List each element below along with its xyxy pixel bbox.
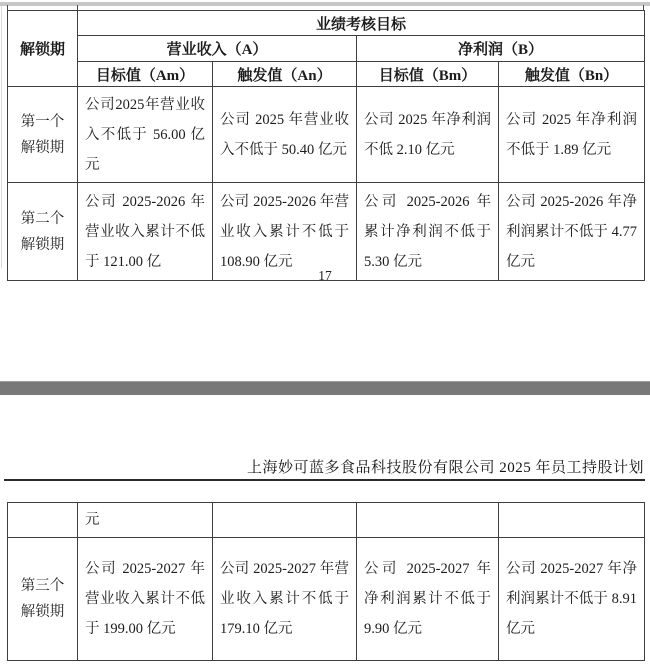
table-row: 第二个解锁期 公司 2025-2026 年营业收入累计不低于 121.00 亿 … [8, 183, 645, 281]
header-revenue-group: 营业收入（A） [78, 36, 357, 62]
page-separator-bar [0, 381, 650, 395]
scan-left-edge-line [1, 6, 2, 268]
document-header-title: 上海妙可蓝多食品科技股份有限公司 2025 年员工持股计划 [0, 456, 644, 477]
carryover-empty-cell [499, 503, 645, 538]
period-3-profit-trigger: 公司 2025-2027 年净利润累计不低于 8.91 亿元 [499, 538, 645, 661]
header-profit-target: 目标值（Bm） [357, 62, 499, 87]
table-row: 第一个解锁期 公司2025年营业收入不低于 56.00 亿元 公司 2025 年… [8, 87, 645, 183]
period-1-revenue-trigger: 公司 2025 年营业收入不低于 50.40 亿元 [213, 87, 357, 183]
page-top-cut-strip [0, 2, 650, 6]
period-3-label: 第三个解锁期 [8, 538, 78, 661]
table-row: 元 [8, 503, 645, 538]
page-number: 17 [0, 268, 650, 284]
period-3-revenue-trigger: 公司 2025-2027 年营业收入累计不低于 179.10 亿元 [213, 538, 357, 661]
period-2-label: 第二个解锁期 [8, 183, 78, 281]
document-header-rule [4, 479, 645, 481]
carryover-empty-cell [357, 503, 499, 538]
header-unlock-period: 解锁期 [8, 11, 78, 87]
period-1-profit-target: 公司 2025 年净利润不低 2.10 亿元 [357, 87, 499, 183]
carryover-empty-cell [213, 503, 357, 538]
performance-target-table-continued: 元 第三个解锁期 公司 2025-2027 年营业收入累计不低于 199.00 … [7, 502, 645, 661]
period-3-revenue-target: 公司 2025-2027 年营业收入累计不低于 199.00 亿元 [78, 538, 213, 661]
header-revenue-trigger: 触发值（An） [213, 62, 357, 87]
carryover-empty-cell [8, 503, 78, 538]
header-profit-trigger: 触发值（Bn） [499, 62, 645, 87]
header-performance-target: 业绩考核目标 [78, 11, 645, 36]
performance-target-table: 解锁期 业绩考核目标 营业收入（A） 净利润（B） 目标值（Am） 触发值（An… [7, 10, 645, 281]
period-2-revenue-trigger: 公司 2025-2026 年营业收入累计不低于 108.90 亿元 [213, 183, 357, 281]
period-2-profit-target: 公司 2025-2026 年累计净利润不低于 5.30 亿元 [357, 183, 499, 281]
document-page: 解锁期 业绩考核目标 营业收入（A） 净利润（B） 目标值（Am） 触发值（An… [0, 0, 650, 670]
header-revenue-target: 目标值（Am） [78, 62, 213, 87]
period-3-profit-target: 公司 2025-2027 年净利润累计不低于 9.90 亿元 [357, 538, 499, 661]
period-1-label: 第一个解锁期 [8, 87, 78, 183]
header-net-profit-group: 净利润（B） [357, 36, 645, 62]
period-2-profit-trigger: 公司 2025-2026 年净利润累计不低于 4.77 亿元 [499, 183, 645, 281]
carryover-revenue-target-continued: 元 [78, 503, 213, 538]
period-1-revenue-target: 公司2025年营业收入不低于 56.00 亿元 [78, 87, 213, 183]
table-row: 第三个解锁期 公司 2025-2027 年营业收入累计不低于 199.00 亿元… [8, 538, 645, 661]
period-2-revenue-target: 公司 2025-2026 年营业收入累计不低于 121.00 亿 [78, 183, 213, 281]
period-1-profit-trigger: 公司 2025 年净利润不低于 1.89 亿元 [499, 87, 645, 183]
